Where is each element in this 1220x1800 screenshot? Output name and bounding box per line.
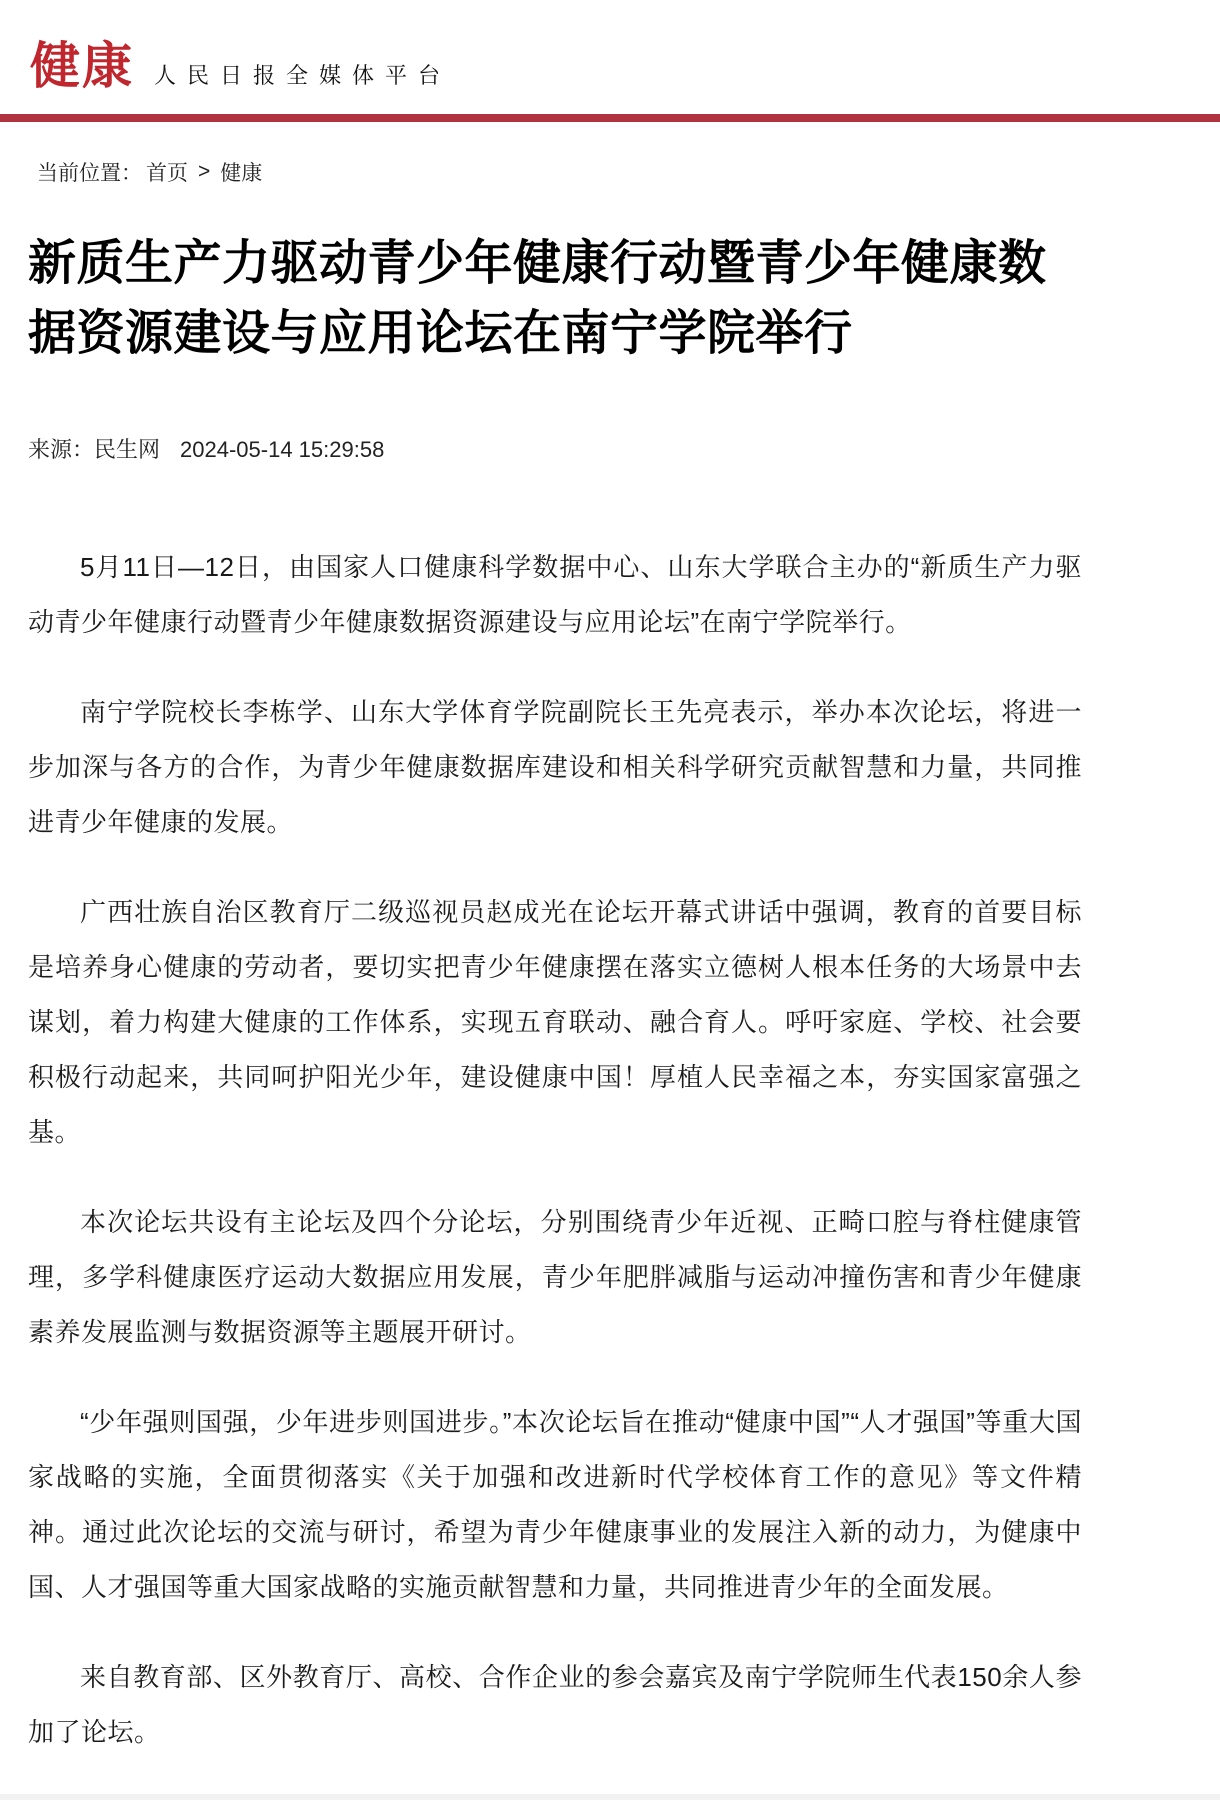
article-paragraph: 本次论坛共设有主论坛及四个分论坛，分别围绕青少年近视、正畸口腔与脊柱健康管理，多…	[28, 1195, 1082, 1360]
article-paragraph: “少年强则国强，少年进步则国进步。”本次论坛旨在推动“健康中国”“人才强国”等重…	[28, 1395, 1082, 1615]
source-label: 来源：	[28, 433, 94, 464]
source-name: 民生网	[94, 433, 160, 464]
article-paragraph: 来自教育部、区外教育厅、高校、合作企业的参会嘉宾及南宁学院师生代表150余人参加…	[28, 1650, 1082, 1760]
site-logo[interactable]: 健康	[30, 40, 134, 93]
breadcrumb: 当前位置： 首页 > 健康	[37, 157, 1190, 187]
article-body: 5月11日—12日，由国家人口健康科学数据中心、山东大学联合主办的“新质生产力驱…	[28, 540, 1082, 1760]
masthead: 健康 人民日报全媒体平台	[0, 0, 1220, 93]
article-paragraph: 南宁学院校长李栋学、山东大学体育学院副院长王先亮表示，举办本次论坛，将进一步加深…	[28, 685, 1082, 850]
article: 新质生产力驱动青少年健康行动暨青少年健康数据资源建设与应用论坛在南宁学院举行 来…	[0, 229, 1220, 1800]
site-tagline: 人民日报全媒体平台	[154, 59, 451, 90]
article-title: 新质生产力驱动青少年健康行动暨青少年健康数据资源建设与应用论坛在南宁学院举行	[28, 229, 1082, 369]
article-page: 健康 人民日报全媒体平台 当前位置： 首页 > 健康 新质生产力驱动青少年健康行…	[0, 0, 1220, 1800]
red-divider-rule	[0, 114, 1220, 122]
breadcrumb-home-link[interactable]: 首页	[146, 157, 188, 187]
publish-datetime: 2024-05-14 15:29:58	[180, 437, 384, 463]
breadcrumb-label: 当前位置：	[37, 157, 142, 187]
page-bottom-strip	[0, 1794, 1220, 1800]
breadcrumb-separator: >	[198, 160, 210, 184]
article-paragraph: 5月11日—12日，由国家人口健康科学数据中心、山东大学联合主办的“新质生产力驱…	[28, 540, 1082, 650]
article-meta: 来源： 民生网 2024-05-14 15:29:58	[28, 433, 1082, 464]
article-paragraph: 广西壮族自治区教育厅二级巡视员赵成光在论坛开幕式讲话中强调，教育的首要目标是培养…	[28, 885, 1082, 1160]
breadcrumb-section-link[interactable]: 健康	[220, 157, 262, 187]
